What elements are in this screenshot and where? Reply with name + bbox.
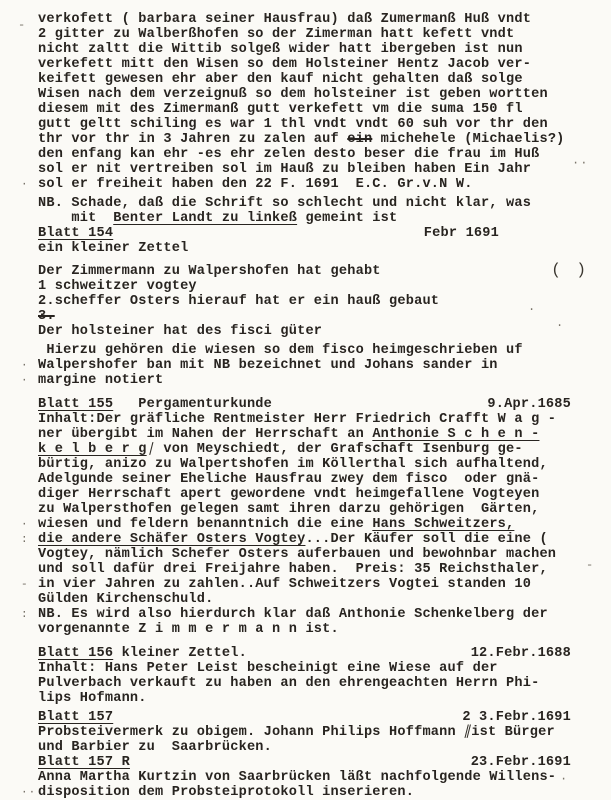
text-segment: Inhalt: Hans Peter Leist bescheinigt ein… bbox=[38, 661, 498, 676]
text-line: Anna Martha Kurtzin von Saarbrücken läßt… bbox=[38, 770, 571, 785]
underlined-text: Hans Schweitzers, bbox=[372, 517, 514, 532]
text-segment: gutt geltt schiling es war 1 thl vndt vn… bbox=[38, 117, 548, 132]
text-segment: Inhalt:Der gräfliche Rentmeister Herr Fr… bbox=[38, 412, 556, 427]
text-line: ·wiesen und feldern benanntnich die eine… bbox=[38, 517, 571, 532]
text-line: Der holsteiner hat des fisci güter bbox=[38, 324, 571, 339]
text-line: Blatt 1572 3.Febr.1691 bbox=[38, 710, 571, 725]
text-line: Adelgunde seiner Eheliche Hausfrau zwey … bbox=[38, 472, 571, 487]
text-line: Wisen nach dem verzeignuß so dem holstei… bbox=[38, 87, 571, 102]
text-line: verkefett mitt den Wisen so dem Holstein… bbox=[38, 57, 571, 72]
text-line: Inhalt: Hans Peter Leist bescheinigt ein… bbox=[38, 661, 571, 676]
margin-mark: ·· bbox=[21, 786, 36, 800]
text-segment: Adelgunde seiner Eheliche Hausfrau zwey … bbox=[38, 472, 539, 487]
text-line: diesem mit des Zimermanß gutt verkefett … bbox=[38, 102, 571, 117]
text-segment: gemeint ist bbox=[297, 211, 397, 226]
text-line: Blatt 156 kleiner Zettel.12.Febr.1688 bbox=[38, 646, 571, 661]
text-segment: nicht zaltt die Wittib solgeß wider hatt… bbox=[38, 42, 523, 57]
text-line: Gülden Kirchenschuld. bbox=[38, 592, 571, 607]
text-segment: kleiner Zettel. bbox=[113, 646, 247, 661]
text-line: bürtig, anizo zu Walpertshofen im Köller… bbox=[38, 457, 571, 472]
text-segment: Wisen nach dem verzeignuß so dem holstei… bbox=[38, 87, 548, 102]
text-line: und soll dafür drei Freijahre haben. Pre… bbox=[38, 562, 571, 577]
text-segment: von Meyschiedt, der Grafschaft Isenburg … bbox=[155, 442, 523, 457]
underlined-text: k e l b e r g bbox=[38, 442, 147, 457]
text-line: Probsteivermerk zu obigem. Johann Philip… bbox=[38, 725, 571, 740]
text-segment: vorgenannte Z i m m e r m a n n ist. bbox=[38, 622, 339, 637]
text-segment: Der Zimmermann zu Walpershofen hat gehab… bbox=[38, 264, 381, 279]
underlined-text: Blatt 155 bbox=[38, 397, 113, 412]
text-segment: mit bbox=[38, 211, 113, 226]
margin-mark: · bbox=[21, 359, 29, 374]
text-segment: in vier Jahren zu zahlen..Auf Schweitzer… bbox=[38, 577, 531, 592]
text-line: 3. bbox=[38, 309, 571, 324]
underlined-text: Blatt 154 bbox=[38, 226, 113, 241]
text-segment: 2 gitter zu Walberßhofen so der Zimerman… bbox=[38, 27, 514, 42]
document-scan: verkofett ( barbara seiner Hausfrau) daß… bbox=[0, 0, 611, 800]
date-text: 12.Febr.1688 bbox=[471, 646, 571, 661]
struck-text: ein bbox=[347, 132, 372, 147]
text-line: Vogtey, nämlich Schefer Osters auferbaue… bbox=[38, 547, 571, 562]
scan-artifact: . bbox=[556, 316, 564, 331]
text-line: verkofett ( barbara seiner Hausfrau) daß… bbox=[38, 12, 571, 27]
text-segment: diesem mit des Zimermanß gutt verkefett … bbox=[38, 102, 523, 117]
text-segment: margine notiert bbox=[38, 373, 163, 388]
date-text: 2 3.Febr.1691 bbox=[462, 710, 571, 725]
text-line: diger Herrschaft apert gewordene vndt he… bbox=[38, 487, 571, 502]
text-segment: NB. Es wird also hierdurch klar daß Anth… bbox=[38, 607, 548, 622]
text-segment: Der holsteiner hat des fisci güter bbox=[38, 324, 322, 339]
margin-mark: · bbox=[21, 178, 29, 193]
text-segment: lips Hofmann. bbox=[38, 691, 147, 706]
text-line: 2.scheffer Osters hierauf hat er ein hau… bbox=[38, 294, 571, 309]
text-segment: den enfang kan ehr -es ehr zelen desto b… bbox=[38, 147, 539, 162]
text-segment: und Barbier zu Saarbrücken. bbox=[38, 740, 272, 755]
text-line: sol er nit vertreiben sol im Hauß zu ble… bbox=[38, 162, 571, 177]
text-segment: und soll dafür drei Freijahre haben. Pre… bbox=[38, 562, 548, 577]
scan-artifact: - bbox=[586, 558, 594, 573]
text-segment: disposition dem Probsteiprotokoll inseri… bbox=[38, 785, 414, 800]
text-segment: ner übergibt im Nahen der Herrschaft an bbox=[38, 427, 372, 442]
text-segment: Walpershofer ban mit NB bezeichnet und J… bbox=[38, 358, 498, 373]
text-line: Blatt 154Febr 1691 bbox=[38, 226, 571, 241]
typewritten-page: verkofett ( barbara seiner Hausfrau) daß… bbox=[38, 12, 571, 800]
underlined-text: Anthonie S c h e n - bbox=[372, 427, 539, 442]
underlined-text: die andere Schäfer Osters Vogtey bbox=[38, 532, 305, 547]
text-line: gutt geltt schiling es war 1 thl vndt vn… bbox=[38, 117, 571, 132]
text-segment: keifett gewesen ehr aber den kauf nicht … bbox=[38, 72, 523, 87]
text-segment: verkefett mitt den Wisen so dem Holstein… bbox=[38, 57, 531, 72]
text-line: 1 schweitzer vogtey bbox=[38, 279, 571, 294]
text-line: lips Hofmann. bbox=[38, 691, 571, 706]
date-text: 9.Apr.1685 bbox=[487, 397, 571, 412]
text-line: Blatt 155 Pergamenturkunde9.Apr.1685 bbox=[38, 397, 571, 412]
text-line: ·margine notiert bbox=[38, 373, 571, 388]
text-segment: Probsteivermerk zu obigem. Johann Philip… bbox=[38, 725, 464, 740]
text-segment: Pulverbach verkauft zu haben an den ehre… bbox=[38, 676, 539, 691]
date-text: Febr 1691 bbox=[424, 226, 499, 241]
text-line: thr vor thr in 3 Jahren zu zalen auf ein… bbox=[38, 132, 571, 147]
scan-artifact: . bbox=[528, 300, 536, 315]
margin-mark: · bbox=[21, 374, 29, 389]
text-segment: Anna Martha Kurtzin von Saarbrücken läßt… bbox=[38, 770, 556, 785]
text-line: Inhalt:Der gräfliche Rentmeister Herr Fr… bbox=[38, 412, 571, 427]
text-line: keifett gewesen ehr aber den kauf nicht … bbox=[38, 72, 571, 87]
text-line: ein kleiner Zettel bbox=[38, 241, 571, 256]
underlined-text: Benter Landt zu linkeß bbox=[113, 211, 297, 226]
text-line: ·sol er freiheit haben den 22 F. 1691 E.… bbox=[38, 177, 571, 192]
text-line: ner übergibt im Nahen der Herrschaft an … bbox=[38, 427, 571, 442]
underlined-text: Blatt 156 bbox=[38, 646, 113, 661]
date-text: 23.Febr.1691 bbox=[471, 755, 571, 770]
text-segment: sol er nit vertreiben sol im Hauß zu ble… bbox=[38, 162, 531, 177]
text-segment: 2.scheffer Osters hierauf hat er ein hau… bbox=[38, 294, 439, 309]
handwritten-parentheses-mark: ( ) bbox=[551, 263, 589, 278]
text-segment: Pergamenturkunde bbox=[113, 397, 272, 412]
text-segment: michehele (Michaelis?) bbox=[372, 132, 564, 147]
text-line: ·Walpershofer ban mit NB bezeichnet und … bbox=[38, 358, 571, 373]
margin-mark: · bbox=[21, 518, 29, 533]
text-segment: verkofett ( barbara seiner Hausfrau) daß… bbox=[38, 12, 531, 27]
text-line: NB. Schade, daß die Schrift so schlecht … bbox=[38, 196, 571, 211]
text-line: den enfang kan ehr -es ehr zelen desto b… bbox=[38, 147, 571, 162]
text-line: k e l b e r g| von Meyschiedt, der Grafs… bbox=[38, 442, 571, 457]
margin-mark: : bbox=[21, 533, 29, 548]
text-segment: zu Walpersthofen gelegen samt ihren darz… bbox=[38, 502, 539, 517]
text-segment: Hierzu gehören die wiesen so dem fisco h… bbox=[38, 343, 523, 358]
text-segment: bürtig, anizo zu Walpertshofen im Köller… bbox=[38, 457, 548, 472]
text-line: nicht zaltt die Wittib solgeß wider hatt… bbox=[38, 42, 571, 57]
text-line: zu Walpersthofen gelegen samt ihren darz… bbox=[38, 502, 571, 517]
text-line: 2 gitter zu Walberßhofen so der Zimerman… bbox=[38, 27, 571, 42]
text-line: Der Zimmermann zu Walpershofen hat gehab… bbox=[38, 263, 571, 279]
text-segment: ...Der Käufer soll die eine ( bbox=[305, 532, 547, 547]
text-line: :die andere Schäfer Osters Vogtey...Der … bbox=[38, 532, 571, 547]
text-line: Pulverbach verkauft zu haben an den ehre… bbox=[38, 676, 571, 691]
scan-artifact: ·· bbox=[572, 156, 588, 171]
text-segment: wiesen und feldern benanntnich die eine bbox=[38, 517, 372, 532]
underlined-text: Blatt 157 R bbox=[38, 755, 130, 770]
text-segment: sol er freiheit haben den 22 F. 1691 E.C… bbox=[38, 177, 473, 192]
text-segment: diger Herrschaft apert gewordene vndt he… bbox=[38, 487, 539, 502]
text-line: Hierzu gehören die wiesen so dem fisco h… bbox=[38, 343, 571, 358]
text-segment: 1 schweitzer vogtey bbox=[38, 279, 197, 294]
text-segment: thr vor thr in 3 Jahren zu zalen auf bbox=[38, 132, 347, 147]
text-segment: ist Bürger bbox=[471, 725, 555, 740]
text-line: und Barbier zu Saarbrücken. bbox=[38, 740, 571, 755]
scan-artifact: · bbox=[560, 772, 568, 787]
text-line: :NB. Es wird also hierdurch klar daß Ant… bbox=[38, 607, 571, 622]
text-segment: Gülden Kirchenschuld. bbox=[38, 592, 214, 607]
struck-text: 3. bbox=[38, 309, 55, 324]
text-segment: Vogtey, nämlich Schefer Osters auferbaue… bbox=[38, 547, 556, 562]
text-segment: NB. Schade, daß die Schrift so schlecht … bbox=[38, 196, 531, 211]
underlined-text: Blatt 157 bbox=[38, 710, 113, 725]
text-line: -in vier Jahren zu zahlen..Auf Schweitze… bbox=[38, 577, 571, 592]
margin-mark: - bbox=[21, 578, 29, 593]
text-segment: ein kleiner Zettel bbox=[38, 241, 188, 256]
text-line: Blatt 157 R23.Febr.1691 bbox=[38, 755, 571, 770]
text-line: ··disposition dem Probsteiprotokoll inse… bbox=[38, 785, 571, 800]
text-line: mit Benter Landt zu linkeß gemeint ist bbox=[38, 211, 571, 226]
text-line: vorgenannte Z i m m e r m a n n ist. bbox=[38, 622, 571, 637]
scan-artifact: - bbox=[18, 18, 26, 33]
margin-mark: : bbox=[21, 608, 29, 623]
